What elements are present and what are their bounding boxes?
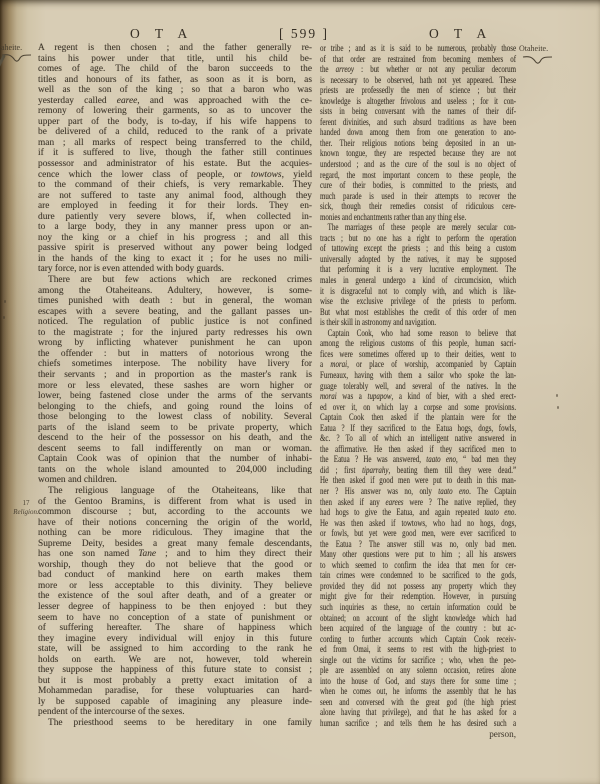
text-line: has one son named Tane ; and to him they… [38, 549, 312, 560]
text-line: in the hands of the king to exact it ; f… [38, 254, 312, 265]
text-line: when he comes out, he informs the assemb… [320, 686, 516, 697]
text-line: if it is suffered to live, though the fa… [38, 148, 312, 159]
text-line: women and children. [38, 475, 312, 486]
text-line: of that order are restrained from becomi… [320, 54, 516, 65]
text-line: sick, though their remedies consist of r… [320, 201, 516, 212]
text-line: their servants ; and in proportion as th… [38, 370, 312, 381]
page-header: O T A [ 599 ] O T A [0, 26, 600, 44]
text-line: regard, the most important concern to th… [320, 170, 516, 181]
text-line: knowledge is altogether frivolous and us… [320, 96, 516, 107]
text-line: much parade is used in their attempts to… [320, 191, 516, 202]
text-line: provided they did not possess any proper… [320, 581, 516, 592]
text-line: ferent divinities, and such absurd tradi… [320, 117, 516, 128]
text-line: ed from Omai, it seems to rest with the … [320, 644, 516, 655]
text-line: they imagine every individual will enjoy… [38, 634, 312, 645]
text-line: seen and conversed with the great god (t… [320, 697, 516, 708]
text-line: He was then asked if towtows, who had no… [320, 518, 516, 529]
text-line: the arreoy : but whether or not any pecu… [320, 64, 516, 75]
text-line: alone having that privilege), and that h… [320, 707, 516, 718]
text-line: state, will be assigned to him according… [38, 644, 312, 655]
text-line: the Eatua ? The answer still was no, onl… [320, 539, 516, 550]
text-line: tain crimes were condemned to be sacrifi… [320, 570, 516, 581]
text-line: well as the son of the king ; so that a … [38, 85, 312, 96]
text-line: dure patiently very severe blows, if, wh… [38, 212, 312, 223]
text-line: ther. Their religious notions being depo… [320, 138, 516, 149]
paper-speck [3, 316, 5, 319]
text-line: yesterday called earee, and was approach… [38, 96, 312, 107]
margin-note-right: Otaheite. [519, 44, 548, 53]
text-line: seem to have no conception of a state of… [38, 613, 312, 624]
text-line: cure of their bodies, is committed to th… [320, 180, 516, 191]
text-line: obtained; on account of the slight knowl… [320, 613, 516, 624]
text-line: times punished with death : but in gener… [38, 296, 312, 307]
text-line: those belonging to the lowest class of n… [38, 412, 312, 423]
text-line: had hogs to give the Eatua, and again re… [320, 507, 516, 518]
text-line: to a large body, they in any manner pres… [38, 222, 312, 233]
text-line: might give for their redemption. However… [320, 591, 516, 602]
text-line: bad conduct of mankind here on earth mak… [38, 570, 312, 581]
text-line: ple are assembled on any solemn occasion… [320, 665, 516, 676]
text-line: tants on the whole island amounted to 20… [38, 465, 312, 476]
text-line: males in general undergo a kind of circu… [320, 275, 516, 286]
text-line: into the house of God, and stays there f… [320, 676, 516, 687]
catchword: person, [320, 729, 516, 739]
text-line: universally adopted by the natives, it m… [320, 254, 516, 265]
text-line: have of their notions concerning the ori… [38, 518, 312, 529]
text-line: Captain Cook then asked if the plantain … [320, 412, 516, 423]
text-line: guage tolerably well, and several of the… [320, 381, 516, 392]
text-line: tary force, nor is even attended with bo… [38, 264, 312, 275]
text-line: Mohammedan paradise, for these voluptuar… [38, 686, 312, 697]
text-line: &c. ? To all of which an intelligent nat… [320, 433, 516, 444]
text-line: Eatua ? If they sacrificed to the Eatua … [320, 423, 516, 434]
text-line: Captain Cook was of opinion that the num… [38, 454, 312, 465]
text-line: that performing it is a very lucrative e… [320, 264, 516, 275]
paper-speck [4, 300, 6, 303]
margin-flourish-left [0, 52, 34, 63]
text-line: fices were sometimes offered up to their… [320, 349, 516, 360]
text-line: known tongue, they are respected because… [320, 148, 516, 159]
text-line: cence which the lower class of people, o… [38, 170, 312, 181]
text-line: passive spirit is preserved without any … [38, 243, 312, 254]
margin-flourish-right [521, 54, 555, 65]
text-line: among the religious customs of this peop… [320, 338, 516, 349]
text-line: ner ? His answer was no, only taato eno.… [320, 486, 516, 497]
text-line: tains his power under that title, until … [38, 54, 312, 65]
text-line: more or less acceptable to this divinity… [38, 581, 312, 592]
text-line: are employed in feeding it for their lor… [38, 201, 312, 212]
text-line: tracts ; but no one has a right to perfo… [320, 233, 516, 244]
text-line: But what most establishes the credit of … [320, 307, 516, 318]
text-line: the offender : but in matters of notorio… [38, 349, 312, 360]
text-line: Furneaux, having with them a sailor who … [320, 370, 516, 381]
text-line: but it is most probably a pretty exact i… [38, 676, 312, 687]
text-line: to the magistrate ; for the injured part… [38, 328, 312, 339]
text-line: sists in being conversant with the names… [320, 106, 516, 117]
text-line: been acquired of the language of the cou… [320, 623, 516, 634]
text-line: Many other questions were put to him ; a… [320, 549, 516, 560]
text-line: A regent is then chosen ; and the father… [38, 43, 312, 54]
text-line: it is disgraceful not to comply with, an… [320, 286, 516, 297]
text-line: nothing can be more ridiculous. They ima… [38, 528, 312, 539]
text-line: There are but few actions which are reck… [38, 275, 312, 286]
text-line: He then asked if good men were put to de… [320, 475, 516, 486]
text-line: the Eatua ? He was answered, taato eno, … [320, 454, 516, 465]
text-line: The religious language of the Otaheitean… [38, 486, 312, 497]
text-line: to the command of their chiefs, is very … [38, 180, 312, 191]
text-line: parts of the island seem to be private p… [38, 423, 312, 434]
text-line: noticed. The regulation of public justic… [38, 317, 312, 328]
text-column-left: A regent is then chosen ; and the father… [38, 43, 312, 729]
running-title-right: O T A [429, 26, 492, 42]
text-line: be delivered of a child, reduced to the … [38, 127, 312, 138]
paper-speck [557, 406, 559, 409]
text-line: monies and enchantments rather than any … [320, 212, 516, 223]
text-line: single out the victims for sacrifice ; w… [320, 655, 516, 666]
text-line: Supreme Deity, besides a great many fema… [38, 539, 312, 550]
text-line: understood ; and as the cure of the soul… [320, 159, 516, 170]
text-line: they suppose the happiness of this futur… [38, 665, 312, 676]
text-line: comes of age. The child of the baron suc… [38, 64, 312, 75]
text-line: possessor and administrator of his estat… [38, 159, 312, 170]
text-line: descent seems to fall indifferently on m… [38, 444, 312, 455]
text-line: The priesthood seems to be hereditary in… [38, 718, 312, 729]
text-line: titles and honours of its father, as soo… [38, 75, 312, 86]
text-line: remony of lowering their garments, so as… [38, 106, 312, 117]
text-line: wrong by inflicting whatever punishment … [38, 338, 312, 349]
text-line: then asked if any earees were ? The nati… [320, 497, 516, 508]
text-line: or fowls, but yet were good men, were ev… [320, 528, 516, 539]
text-line: priests are professedly the men of scien… [320, 85, 516, 96]
text-line: wise the exclusive privilege of the prie… [320, 296, 516, 307]
text-line: ed over it, on which lay a corpse and so… [320, 402, 516, 413]
text-line: The marriages of these people are merely… [320, 222, 516, 233]
text-line: man ; all marks of respect being transfe… [38, 138, 312, 149]
text-line: among the Otaheiteans. Adultery, however… [38, 286, 312, 297]
text-line: human sacrifice ; and tells them he has … [320, 718, 516, 729]
text-line: Captain Cook, who had some reason to bel… [320, 328, 516, 339]
margin-note-left: Otaheite. [0, 43, 22, 52]
text-line: holds on earth. We are not, however, tol… [38, 655, 312, 666]
text-line: handed down among them from one generati… [320, 127, 516, 138]
text-line: noy the king or a chief in his progress … [38, 233, 312, 244]
text-line: lower, being fastened close under the ar… [38, 391, 312, 402]
text-line: did ; first tiparrahy, beating them till… [320, 465, 516, 476]
text-line: morai was a tupapow, a kind of bier, wit… [320, 391, 516, 402]
text-line: the affirmative. He then asked if they s… [320, 444, 516, 455]
text-line: chiefs sometimes interpose. The nobility… [38, 359, 312, 370]
text-line: or tribe ; and as it is said to be numer… [320, 43, 516, 54]
text-line: is their skill in astronomy and navigati… [320, 317, 516, 328]
text-line: the existence of the soul after death, a… [38, 591, 312, 602]
text-line: cording to further accounts which Captai… [320, 634, 516, 645]
text-line: of tattowing except the priests ; and th… [320, 243, 516, 254]
text-line: of the Gentoo Bramins, is different from… [38, 497, 312, 508]
running-title-left: O T A [130, 26, 193, 42]
text-line: worship, though they do not believe that… [38, 560, 312, 571]
text-line: escapes with a severe beating, and the g… [38, 307, 312, 318]
book-page: O T A [ 599 ] O T A Otaheite. Otaheite. … [0, 0, 600, 784]
text-line: to which seemed to confirm the idea that… [320, 560, 516, 571]
text-line: such inquiries as these, no certain info… [320, 602, 516, 613]
text-column-right: or tribe ; and as it is said to be numer… [320, 43, 516, 729]
page-number: [ 599 ] [279, 26, 329, 42]
text-line: a morai, or place of worship, accompanie… [320, 359, 516, 370]
text-line: descend to the heir of the possessor on … [38, 433, 312, 444]
paper-speck [556, 394, 558, 397]
text-line: is necessary to be observed, hath not ye… [320, 75, 516, 86]
text-line: more or less elevated, these sashes are … [38, 381, 312, 392]
text-line: of suffering hereafter. The share of hap… [38, 623, 312, 634]
text-line: are not suffered to taste any animal foo… [38, 191, 312, 202]
text-line: common discourse ; but, according to the… [38, 507, 312, 518]
text-line: belonging to the chiefs, and going round… [38, 402, 312, 413]
text-line: lesser degree of happiness to be then en… [38, 602, 312, 613]
text-line: upper part of the body, is to-day, if hi… [38, 117, 312, 128]
text-line: pendent of the intercourse of the sexes. [38, 707, 312, 718]
text-line: ly be supposed capable of imagining any … [38, 697, 312, 708]
